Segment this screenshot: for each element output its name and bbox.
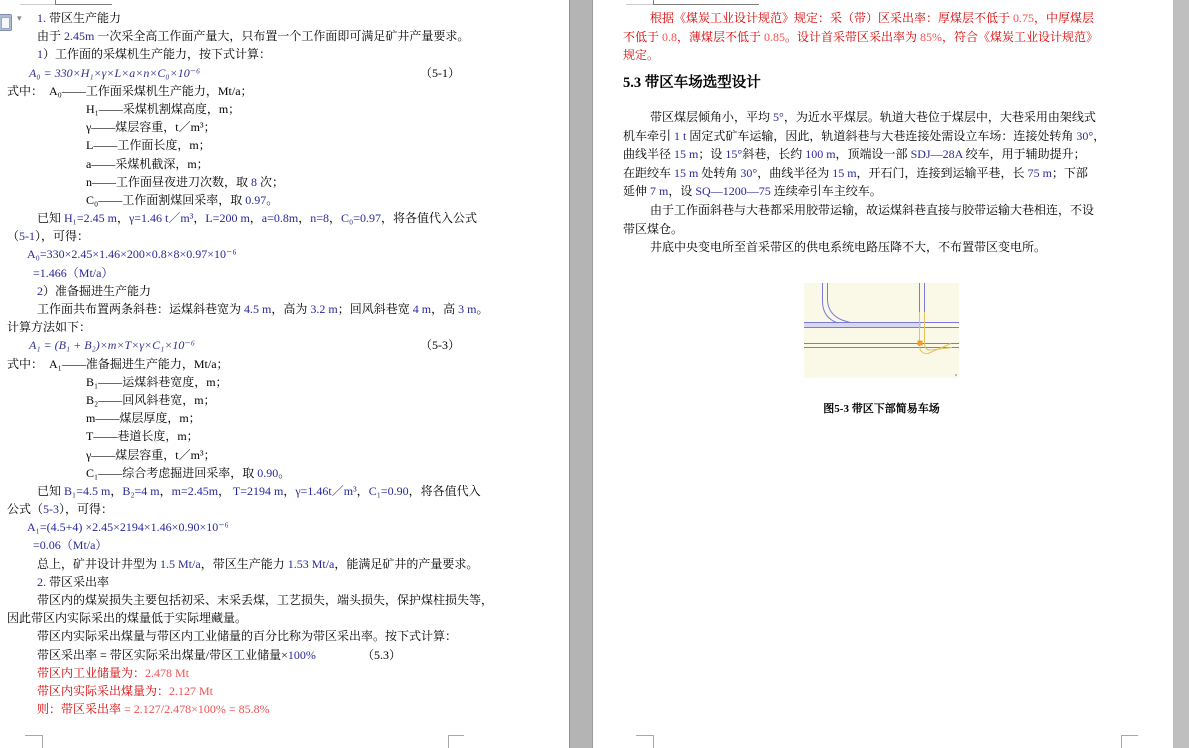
text-line: 带区内实际采出煤量为：2.127 Mt [7, 682, 563, 700]
text-line: 公式（5-3），可得： [7, 500, 563, 518]
figure-5-3-diagram [804, 283, 959, 378]
margin-corner-mark [42, 735, 43, 748]
text-line: A₀=330×2.45×1.46×200×0.8×8×0.97×10⁻⁶ [7, 245, 563, 263]
margin-corner-mark [448, 735, 464, 736]
text-line: 井底中央变电所至首采带区的供电系统电路压降不大，不布置带区变电所。 [623, 238, 1165, 257]
text-line: 规定。 [623, 46, 1165, 65]
document-page-left: 1. 带区生产能力由于 2.45m 一次采全高工作面产量大，只布置一个工作面即可… [0, 0, 570, 748]
figure-caption: 图5-3 带区下部简易车场 [789, 402, 974, 416]
text-line: 式中： A₀——工作面采煤机生产能力，Mt/a； [7, 82, 563, 100]
text-line: 曲线半径 15 m；设 15°斜巷，长约 100 m，顶端设一部 SDJ—28A… [623, 145, 1165, 164]
text-line: 2. 带区采出率 [7, 573, 563, 591]
text-line: γ——煤层容重，t／m³； [7, 446, 563, 464]
text-boundary-mark [626, 4, 653, 5]
text-line: C₀——工作面割煤回采率，取 0.97。 [7, 191, 563, 209]
text-line: =0.06（Mt/a） [7, 536, 563, 554]
margin-corner-mark [1121, 735, 1138, 736]
text-line: 由于工作面斜巷与大巷都采用胶带运输，故运煤斜巷直接与胶带运输大巷相连，不设 [623, 201, 1165, 220]
document-page-right: 根据《煤炭工业设计规范》规定：采（带）区采出率：厚煤层不低于 0.75，中厚煤层… [592, 0, 1174, 748]
text-line: 总上，矿井设计井型为 1.5 Mt/a，带区生产能力 1.53 Mt/a，能满足… [7, 555, 563, 573]
text-line: A₀ = 330×H₁×γ×L×a×n×C₀×10⁻⁶（5-1） [7, 64, 563, 82]
workspace-right-strip [1173, 0, 1189, 748]
text-line: 在距绞车 15 m 处转角 30°，曲线半径为 15 m，开石门，连接到运输平巷… [623, 164, 1165, 183]
margin-corner-mark [636, 735, 653, 736]
right-page-body-text: 带区煤层倾角小，平均 5°，为近水平煤层。轨道大巷位于煤层中，大巷采用由架线式机… [623, 108, 1165, 257]
text-line: 带区内实际采出煤量与带区内工业储量的百分比称为带区采出率。按下式计算： [7, 627, 563, 645]
text-boundary-mark [55, 0, 56, 5]
margin-corner-mark [1121, 735, 1122, 748]
text-line: B₁——运煤斜巷宽度，m； [7, 373, 563, 391]
junction-marker [918, 341, 923, 346]
text-line: T——巷道长度，m； [7, 427, 563, 445]
text-line: A₁ = (B₁ + B₂)×m×T×γ×C₁×10⁻⁶（5-3） [7, 336, 563, 354]
text-line: 式中： A₁——准备掘进生产能力，Mt/a； [7, 355, 563, 373]
left-page-text: 1. 带区生产能力由于 2.45m 一次采全高工作面产量大，只布置一个工作面即可… [7, 9, 563, 718]
text-line: C₁——综合考虑掘进回采率，取 0.90。 [7, 464, 563, 482]
equation-number: （5-3） [420, 336, 460, 354]
text-boundary-mark [55, 4, 112, 5]
text-line: 带区采出率 = 带区实际采出煤量/带区工业储量×100%（5.3） [7, 646, 563, 664]
margin-corner-mark [448, 735, 449, 748]
dropdown-arrow-icon[interactable]: ▾ [17, 15, 22, 24]
text-boundary-mark [653, 0, 654, 5]
text-line: 工作面共布置两条斜巷：运煤斜巷宽为 4.5 m，高为 3.2 m；回风斜巷宽 4… [7, 300, 563, 318]
yard-track-schematic [804, 283, 959, 378]
margin-corner-mark [25, 735, 42, 736]
text-line: 不低于 0.8，薄煤层不低于 0.85。设计首采带区采出率为 85%，符合《煤炭… [623, 28, 1165, 47]
text-line: a——采煤机截深，m； [7, 155, 563, 173]
text-line: H₁——采煤机割煤高度，m； [7, 100, 563, 118]
margin-corner-mark [653, 735, 654, 748]
text-line: 由于 2.45m 一次采全高工作面产量大，只布置一个工作面即可满足矿井产量要求。 [7, 27, 563, 45]
text-line: γ——煤层容重，t／m³； [7, 118, 563, 136]
text-line: =1.466（Mt/a） [7, 264, 563, 282]
text-line: A₁=(4.5+4) ×2.45×2194×1.46×0.90×10⁻⁶ [7, 518, 563, 536]
text-line: （5-1），可得： [7, 227, 563, 245]
page-gap [570, 0, 592, 748]
text-boundary-mark [653, 4, 759, 5]
text-line: 延伸 7 m，设 SQ—1200—75 连续牵引车主绞车。 [623, 182, 1165, 201]
text-line: L——工作面长度，m； [7, 136, 563, 154]
autocorrect-options-button[interactable] [0, 14, 12, 31]
text-line: 带区内的煤炭损失主要包括初采、末采丢煤，工艺损失，端头损失，保护煤柱损失等， [7, 591, 563, 609]
autocorrect-options-icon [1, 17, 10, 29]
track-band [804, 323, 921, 327]
text-line: 1. 带区生产能力 [7, 9, 563, 27]
equation-number: （5-1） [420, 64, 460, 82]
text-line: 带区煤层倾角小，平均 5°，为近水平煤层。轨道大巷位于煤层中，大巷采用由架线式 [623, 108, 1165, 127]
figure-anchor-dot [955, 374, 957, 376]
text-line: 因此带区内实际采出的煤量低于实际埋藏量。 [7, 609, 563, 627]
text-line: 带区内工业储量为：2.478 Mt [7, 664, 563, 682]
text-line: 计算方法如下： [7, 318, 563, 336]
right-page-red-paragraph: 根据《煤炭工业设计规范》规定：采（带）区采出率：厚煤层不低于 0.75，中厚煤层… [623, 9, 1165, 65]
text-line: 已知 B₁=4.5 m，B₂=4 m，m=2.45m， T=2194 m，γ=1… [7, 482, 563, 500]
section-heading: 5.3 带区车场选型设计 [623, 72, 761, 94]
text-line: 2）准备掘进生产能力 [7, 282, 563, 300]
text-line: 机车牵引 1 t 固定式矿车运输，因此，轨道斜巷与大巷连接处需设立车场：连接处转… [623, 127, 1165, 146]
text-line: m——煤层厚度，m； [7, 409, 563, 427]
text-line: n——工作面昼夜进刀次数，取 8 次； [7, 173, 563, 191]
text-line: 根据《煤炭工业设计规范》规定：采（带）区采出率：厚煤层不低于 0.75，中厚煤层 [623, 9, 1165, 28]
text-line: 则：带区采出率 = 2.127/2.478×100% = 85.8% [7, 700, 563, 718]
text-boundary-mark [20, 4, 55, 5]
text-line: 带区煤仓。 [623, 220, 1165, 239]
text-line: B₂——回风斜巷宽，m； [7, 391, 563, 409]
text-line: 已知 H₁=2.45 m，γ=1.46 t／m³，L=200 m，a=0.8m，… [7, 209, 563, 227]
equation-number: （5.3） [362, 646, 401, 664]
text-line: 1）工作面的采煤机生产能力，按下式计算： [7, 45, 563, 63]
